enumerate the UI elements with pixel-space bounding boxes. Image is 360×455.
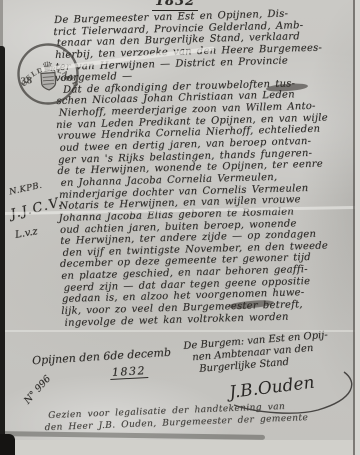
- place-date-line: Opijnen den 6de decemb: [32, 346, 172, 367]
- handwritten-body: De Burgemeester van Est en Opijnen, Dis-…: [54, 7, 360, 330]
- scan-corner-shadow: [0, 434, 15, 455]
- torn-paper-edge: [0, 431, 265, 440]
- document-number: N° 996: [22, 374, 53, 407]
- signature-text: J.B.Ouden: [225, 373, 315, 404]
- closing-year: 1832: [110, 364, 149, 380]
- legalization-note: Gezien voor legalisatie der handtekening…: [48, 401, 308, 434]
- scan-bottom-edge: [0, 440, 360, 455]
- stamp-number: 38: [20, 76, 33, 87]
- scanned-document-page: 1832 GELDERLAND ♛ 38 OPC De Burgemeester…: [0, 0, 360, 455]
- paper-fold-streak: [0, 330, 360, 332]
- margin-note: N.KPB.: [8, 181, 43, 198]
- year-header: 1832: [152, 0, 198, 11]
- margin-note: J.J.C.V.: [9, 195, 65, 223]
- scan-left-shadow: [0, 46, 5, 455]
- margin-note: L.v.z: [14, 226, 38, 241]
- scan-right-margin: [355, 0, 360, 455]
